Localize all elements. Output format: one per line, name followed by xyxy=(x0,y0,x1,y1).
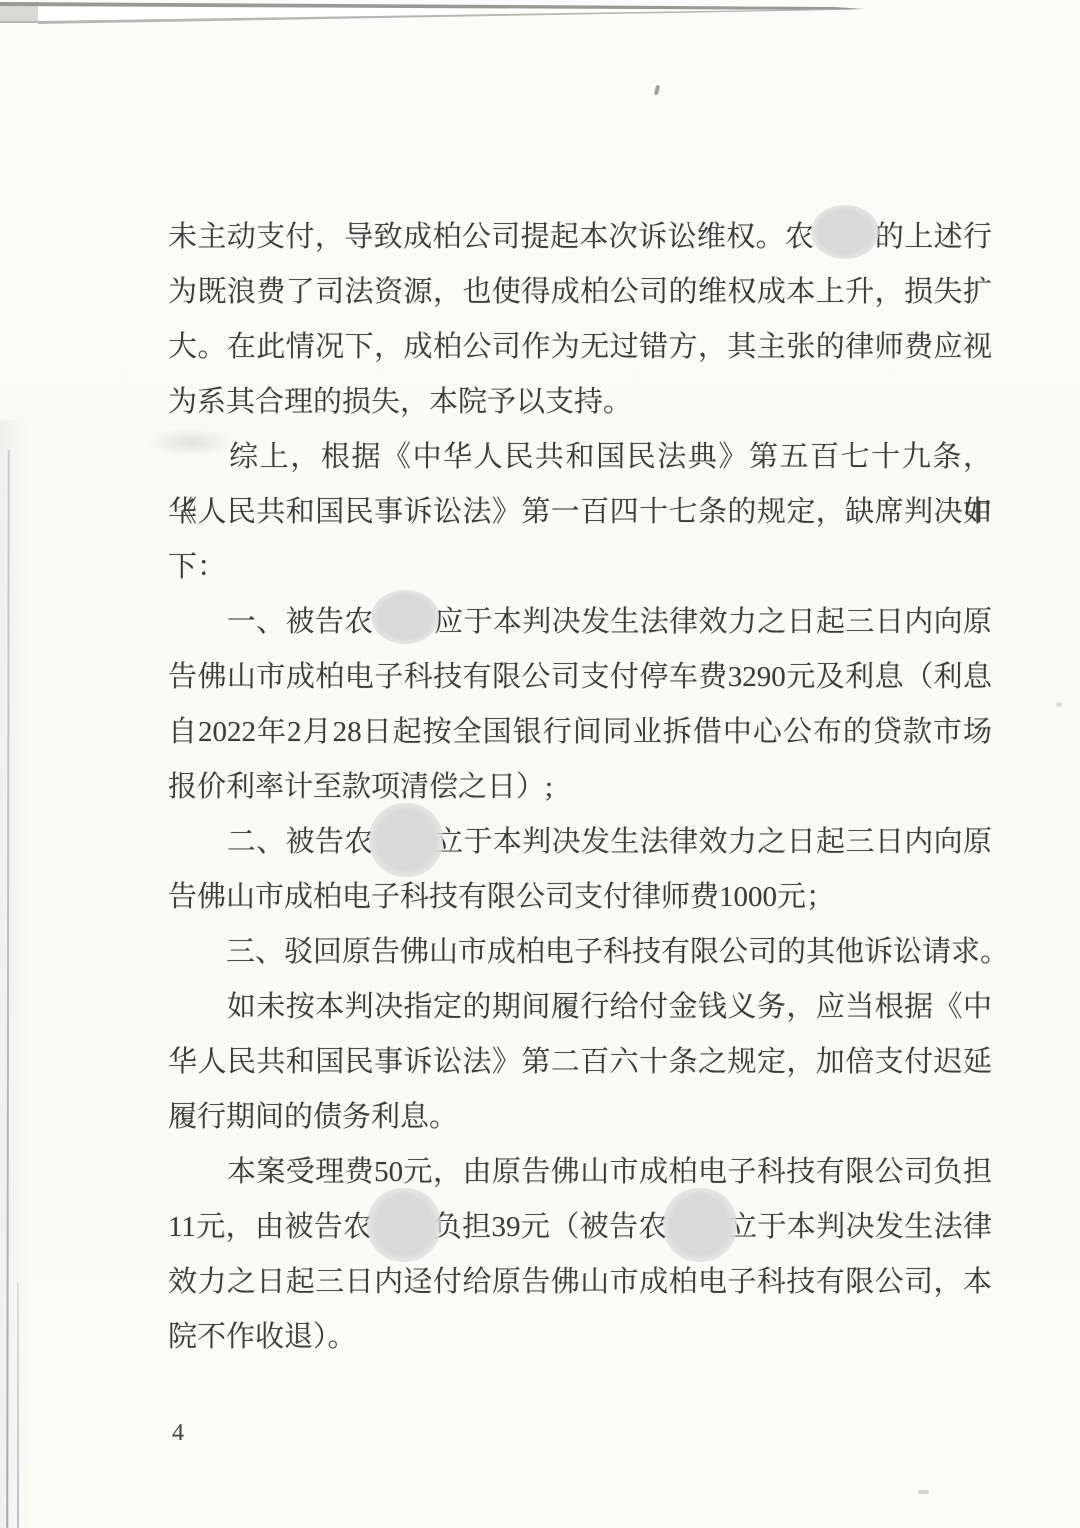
scan-edge-line-left-2 xyxy=(17,1282,19,1528)
text-line: 本案受理费50元，由原告佛山市成柏电子科技有限公司负担 xyxy=(168,1145,992,1200)
text-line: 大。在此情况下，成柏公司作为无过错方，其主张的律师费应视 xyxy=(168,320,992,375)
scan-left-shade xyxy=(0,420,30,1528)
paragraph: 如未按本判决指定的期间履行给付金钱义务，应当根据《中华人民共和国民事诉讼法》第二… xyxy=(168,980,992,1145)
paragraph: 二、被告农立于本判决发生法律效力之日起三日内向原告佛山市成柏电子科技有限公司支付… xyxy=(168,815,992,925)
text-line: 未主动支付，导致成柏公司提起本次诉讼维权。农的上述行 xyxy=(168,210,992,265)
text-line: 一、被告农应于本判决发生法律效力之日起三日内向原 xyxy=(168,595,992,650)
document-body: 未主动支付，导致成柏公司提起本次诉讼维权。农的上述行为既浪费了司法资源，也使得成… xyxy=(168,210,992,1365)
paragraph: 综上，根据《中华人民共和国民法典》第五百七十九条，《中华人民共和国民事诉讼法》第… xyxy=(168,430,992,595)
text-line: 综上，根据《中华人民共和国民法典》第五百七十九条，《中 xyxy=(168,430,992,485)
redaction-blob xyxy=(668,1235,728,1236)
text-line: 履行期间的债务利息。 xyxy=(168,1090,992,1145)
text-line: 11元，由被告农负担39元（被告农立于本判决发生法律 xyxy=(168,1200,992,1255)
paragraph: 本案受理费50元，由原告佛山市成柏电子科技有限公司负担11元，由被告农负担39元… xyxy=(168,1145,992,1365)
text-line: 华人民共和国民事诉讼法》第一百四十七条的规定，缺席判决如 xyxy=(168,485,992,540)
paragraph: 三、驳回原告佛山市成柏电子科技有限公司的其他诉讼请求。 xyxy=(168,925,992,980)
paragraph: 一、被告农应于本判决发生法律效力之日起三日内向原告佛山市成柏电子科技有限公司支付… xyxy=(168,595,992,815)
paragraph: 未主动支付，导致成柏公司提起本次诉讼维权。农的上述行为既浪费了司法资源，也使得成… xyxy=(168,210,992,430)
page-number: 4 xyxy=(172,1419,184,1447)
text-line: 告佛山市成柏电子科技有限公司支付停车费3290元及利息（利息 xyxy=(168,650,992,705)
text-line: 三、驳回原告佛山市成柏电子科技有限公司的其他诉讼请求。 xyxy=(168,925,992,980)
text-line: 院不作收退）。 xyxy=(168,1310,992,1365)
text-line: 报价利率计至款项清偿之日）; xyxy=(168,760,992,815)
text-line: 下： xyxy=(168,540,992,595)
scan-speck xyxy=(654,85,660,96)
redaction-blob xyxy=(372,1235,432,1236)
text-line: 二、被告农立于本判决发生法律效力之日起三日内向原 xyxy=(168,815,992,870)
text-line: 为系其合理的损失，本院予以支持。 xyxy=(168,375,992,430)
redaction-blob xyxy=(374,850,434,851)
redaction-blob xyxy=(814,245,874,246)
text-line: 如未按本判决指定的期间履行给付金钱义务，应当根据《中 xyxy=(168,980,992,1035)
scan-speck xyxy=(1056,702,1062,707)
redaction-blob xyxy=(374,630,434,631)
text-line: 自2022年2月28日起按全国银行间同业拆借中心公布的贷款市场 xyxy=(168,705,992,760)
text-line: 告佛山市成柏电子科技有限公司支付律师费1000元； xyxy=(168,870,992,925)
scan-edge-artifact-top xyxy=(0,0,1080,34)
text-line: 华人民共和国民事诉讼法》第二百六十条之规定，加倍支付迟延 xyxy=(168,1035,992,1090)
text-line: 效力之日起三日内迳付给原告佛山市成柏电子科技有限公司，本 xyxy=(168,1255,992,1310)
scan-speck xyxy=(918,1490,929,1494)
text-line: 为既浪费了司法资源，也使得成柏公司的维权成本上升，损失扩 xyxy=(168,265,992,320)
scanned-page: 未主动支付，导致成柏公司提起本次诉讼维权。农的上述行为既浪费了司法资源，也使得成… xyxy=(0,0,1080,1528)
